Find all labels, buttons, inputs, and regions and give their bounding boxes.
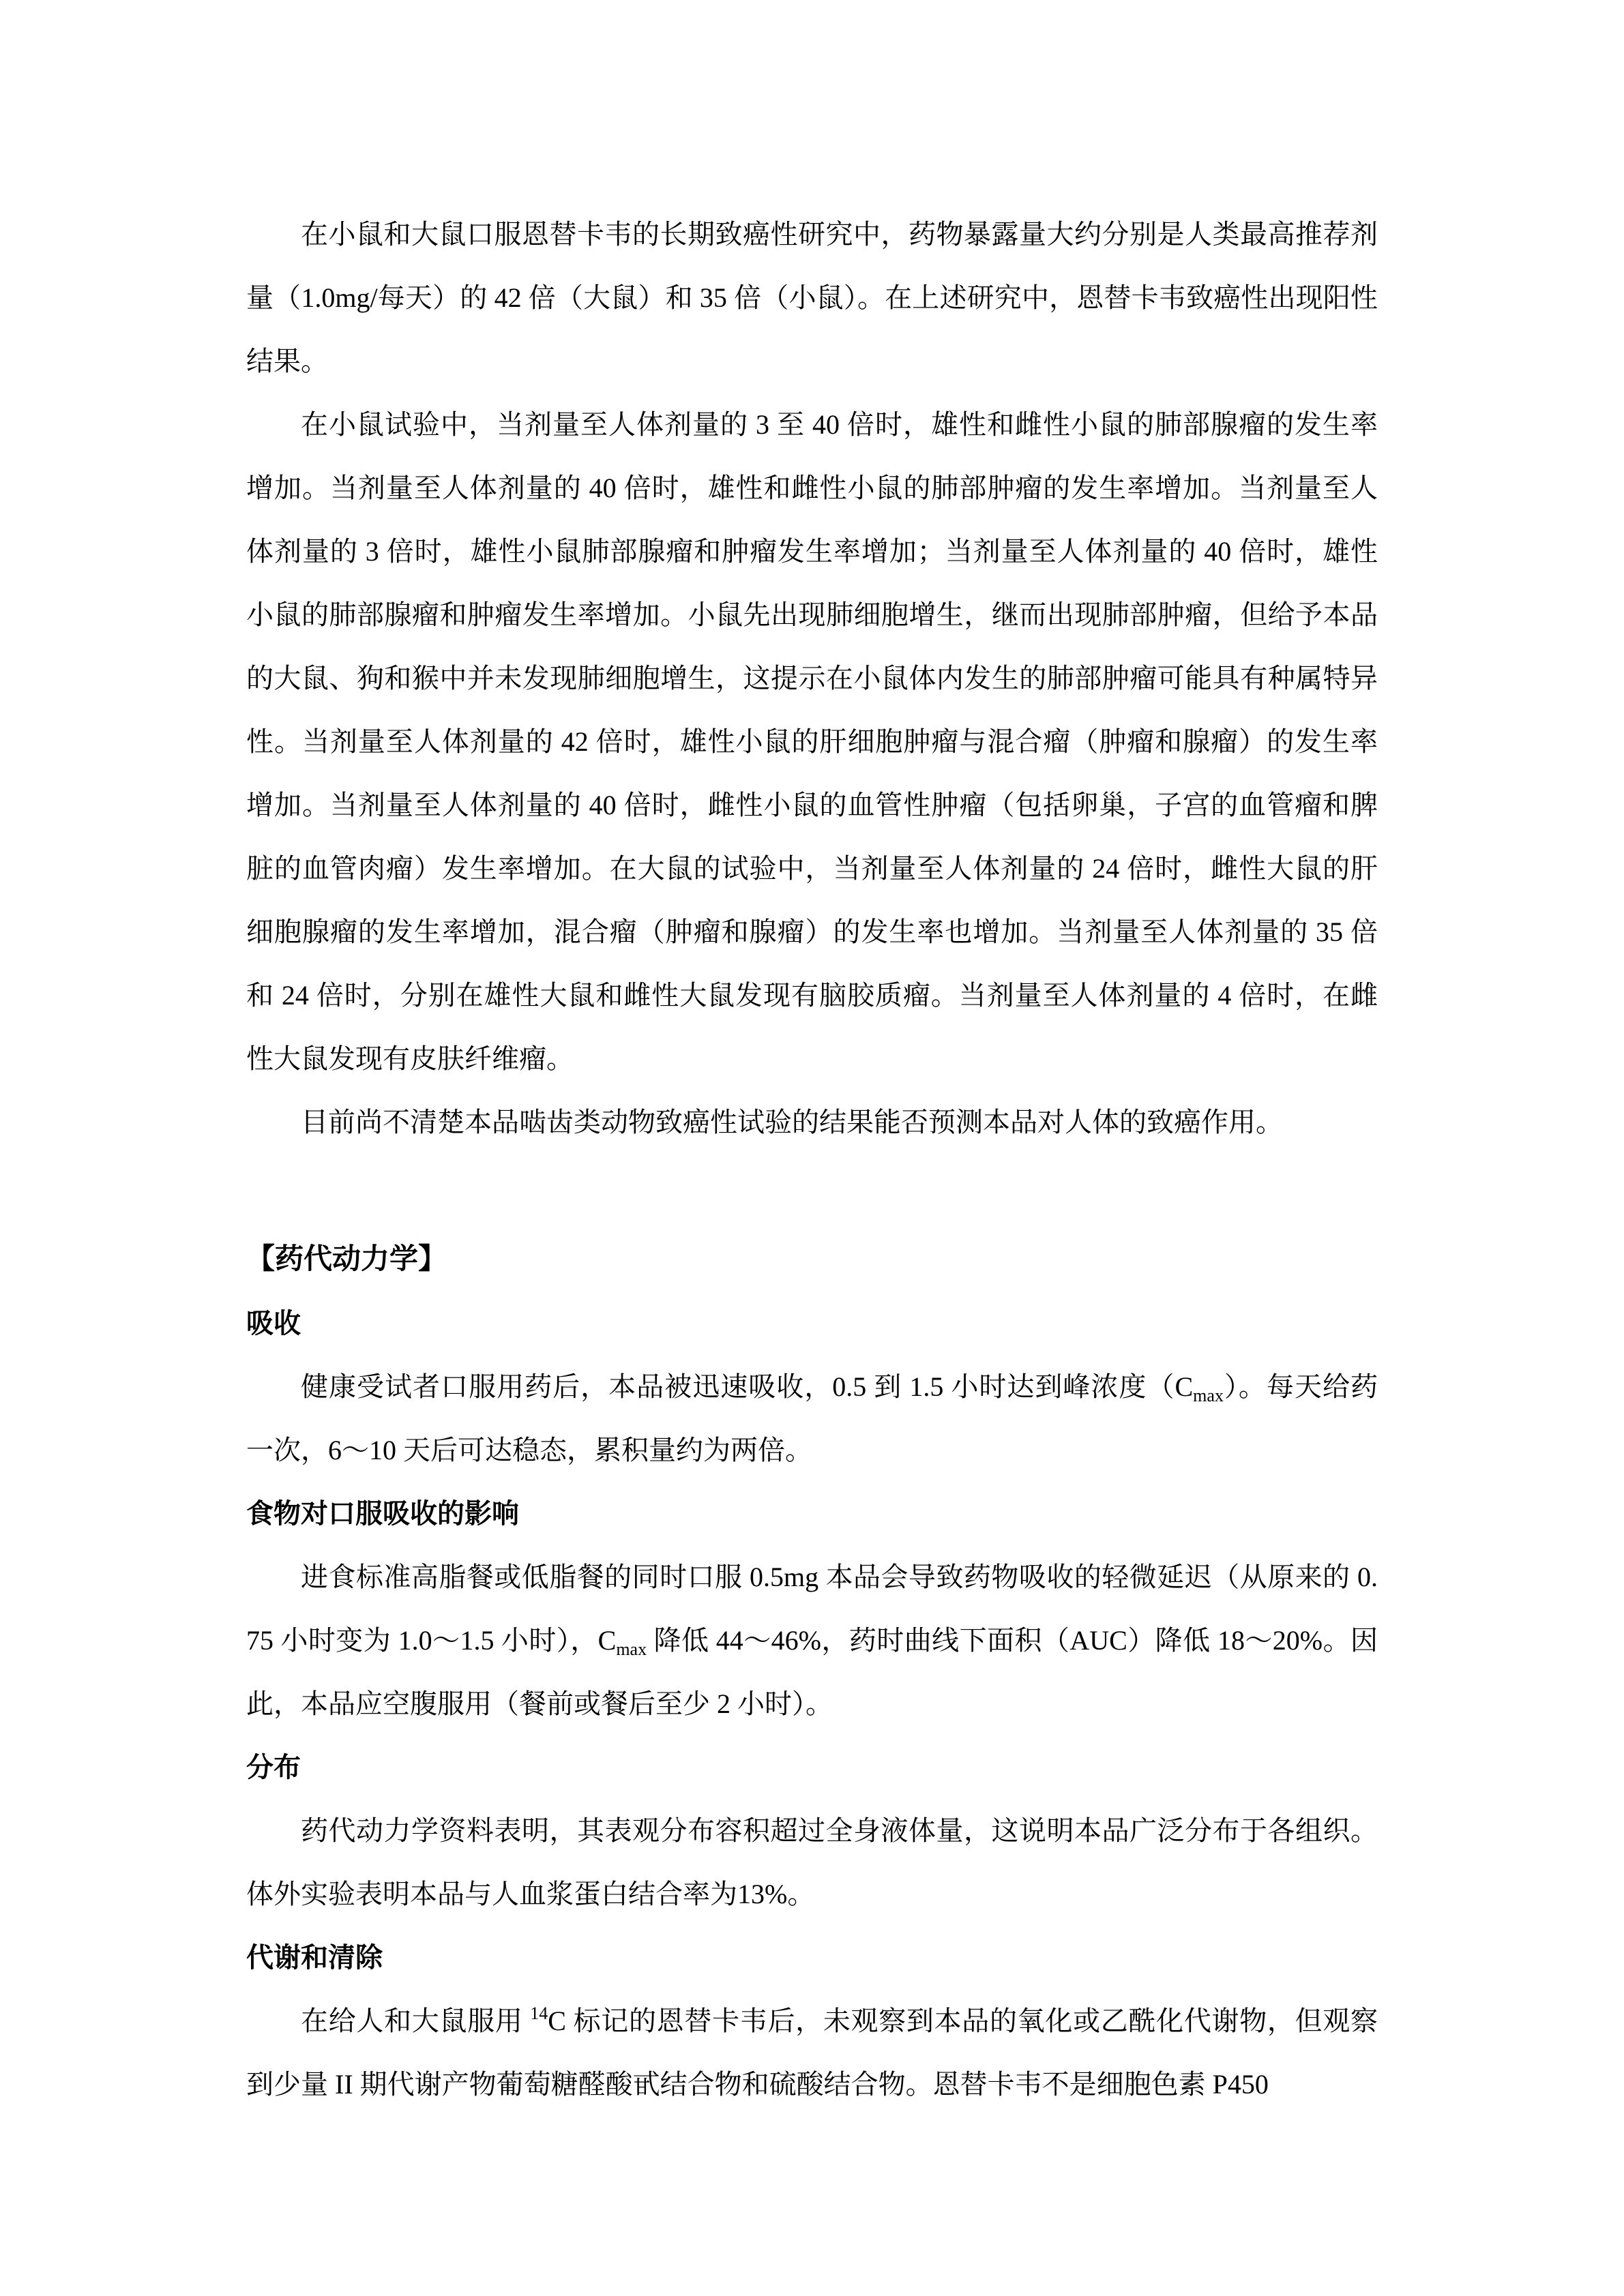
paragraph-carcinogenicity-study: 在小鼠和大鼠口服恩替卡韦的长期致癌性研究中，药物暴露量大约分别是人类最高推荐剂量… bbox=[246, 203, 1378, 393]
subheading-distribution: 分布 bbox=[246, 1735, 1378, 1799]
paragraph-mouse-rat-findings: 在小鼠试验中，当剂量至人体剂量的 3 至 40 倍时，雄性和雌性小鼠的肺部腺瘤的… bbox=[246, 393, 1378, 1090]
cmax-subscript: max bbox=[1193, 1386, 1224, 1405]
blank-line bbox=[246, 1154, 1378, 1228]
subheading-metabolism-clearance: 代谢和清除 bbox=[246, 1926, 1378, 1989]
paragraph-absorption-text-pre: 健康受试者口服用药后，本品被迅速吸收，0.5 到 1.5 小时达到峰浓度（C bbox=[301, 1371, 1193, 1402]
subheading-absorption: 吸收 bbox=[246, 1292, 1378, 1355]
section-heading-pharmacokinetics: 【药代动力学】 bbox=[246, 1228, 1378, 1292]
cmax-subscript: max bbox=[616, 1639, 647, 1659]
paragraph-food-effect: 进食标准高脂餐或低脂餐的同时口服 0.5mg 本品会导致药物吸收的轻微延迟（从原… bbox=[246, 1545, 1378, 1735]
paragraph-rodent-prediction: 目前尚不清楚本品啮齿类动物致癌性试验的结果能否预测本品对人体的致癌作用。 bbox=[246, 1090, 1378, 1154]
paragraph-metabolism: 在给人和大鼠服用 14C 标记的恩替卡韦后，未观察到本品的氧化或乙酰化代谢物，但… bbox=[246, 1989, 1378, 2116]
paragraph-absorption: 健康受试者口服用药后，本品被迅速吸收，0.5 到 1.5 小时达到峰浓度（Cma… bbox=[246, 1355, 1378, 1482]
carbon14-superscript: 14 bbox=[530, 2003, 548, 2023]
paragraph-metabolism-text-pre: 在给人和大鼠服用 bbox=[301, 2006, 530, 2036]
subheading-food-effect: 食物对口服吸收的影响 bbox=[246, 1482, 1378, 1545]
document-page: 在小鼠和大鼠口服恩替卡韦的长期致癌性研究中，药物暴露量大约分别是人类最高推荐剂量… bbox=[0, 0, 1624, 2296]
paragraph-distribution: 药代动力学资料表明，其表观分布容积超过全身液体量，这说明本品广泛分布于各组织。体… bbox=[246, 1799, 1378, 1926]
